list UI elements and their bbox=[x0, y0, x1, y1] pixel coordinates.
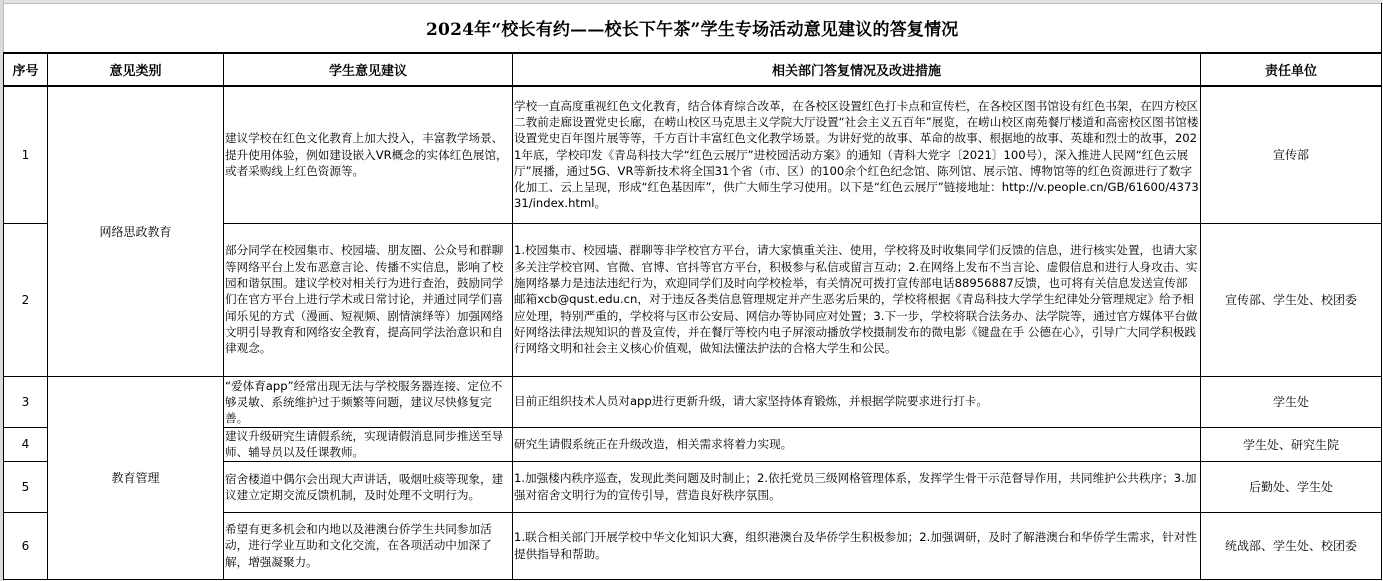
header-row: 序号 意见类别 学生意见建议 相关部门答复情况及改进措施 责任单位 bbox=[4, 53, 1382, 86]
unit-cell[interactable]: 学生处、研究生院 bbox=[1201, 427, 1382, 461]
row-number[interactable]: 4 bbox=[4, 427, 48, 461]
reply-cell[interactable]: 1.校园集市、校园墙、群聊等非学校官方平台，请大家慎重关注、使用，学校将及时收集… bbox=[513, 223, 1201, 376]
category-cell[interactable]: 教育管理 bbox=[48, 376, 224, 579]
unit-cell[interactable]: 宣传部 bbox=[1201, 86, 1382, 223]
reply-table: 2024年“校长有约——校长下午茶”学生专场活动意见建议的答复情况 序号 意见类… bbox=[3, 3, 1382, 580]
row-number[interactable]: 2 bbox=[4, 223, 48, 376]
unit-cell[interactable]: 宣传部、学生处、校团委 bbox=[1201, 223, 1382, 376]
header-reply[interactable]: 相关部门答复情况及改进措施 bbox=[513, 53, 1201, 86]
suggestion-cell[interactable]: “爱体育app”经常出现无法与学校服务器连接、定位不够灵敏、系统维护过于频繁等问… bbox=[224, 376, 513, 427]
category-cell[interactable]: 网络思政教育 bbox=[48, 86, 224, 376]
row-number[interactable]: 6 bbox=[4, 512, 48, 579]
header-suggestion[interactable]: 学生意见建议 bbox=[224, 53, 513, 86]
document-title[interactable]: 2024年“校长有约——校长下午茶”学生专场活动意见建议的答复情况 bbox=[4, 3, 1382, 53]
unit-cell[interactable]: 后勤处、学生处 bbox=[1201, 461, 1382, 512]
reply-cell[interactable]: 目前正组织技术人员对app进行更新升级，请大家坚持体育锻炼，并根据学院要求进行打… bbox=[513, 376, 1201, 427]
suggestion-cell[interactable]: 希望有更多机会和内地以及港澳台侨学生共同参加活动，进行学业互助和文化交流，在各项… bbox=[224, 512, 513, 579]
row-number[interactable]: 3 bbox=[4, 376, 48, 427]
reply-cell[interactable]: 1.联合相关部门开展学校中华文化知识大赛，组织港澳台及华侨学生积极参加；2.加强… bbox=[513, 512, 1201, 579]
header-category[interactable]: 意见类别 bbox=[48, 53, 224, 86]
reply-cell[interactable]: 1.加强楼内秩序巡查，发现此类问题及时制止；2.依托党员三级网格管理体系，发挥学… bbox=[513, 461, 1201, 512]
reply-cell[interactable]: 研究生请假系统正在升级改造，相关需求将着力实现。 bbox=[513, 427, 1201, 461]
header-no[interactable]: 序号 bbox=[4, 53, 48, 86]
suggestion-cell[interactable]: 建议学校在红色文化教育上加大投入，丰富教学场景、提升使用体验，例如建设嵌入VR概… bbox=[224, 86, 513, 223]
reply-cell[interactable]: 学校一直高度重视红色文化教育，结合体育综合改革，在各校区设置红色打卡点和宣传栏，… bbox=[513, 86, 1201, 223]
unit-cell[interactable]: 学生处 bbox=[1201, 376, 1382, 427]
suggestion-cell[interactable]: 建议升级研究生请假系统，实现请假消息同步推送至导师、辅导员以及任课教师。 bbox=[224, 427, 513, 461]
row-number[interactable]: 5 bbox=[4, 461, 48, 512]
unit-cell[interactable]: 统战部、学生处、校团委 bbox=[1201, 512, 1382, 579]
row-number[interactable]: 1 bbox=[4, 86, 48, 223]
suggestion-cell[interactable]: 宿舍楼道中偶尔会出现大声讲话，吸烟吐痰等现象，建议建立定期交流反馈机制，及时处理… bbox=[224, 461, 513, 512]
suggestion-cell[interactable]: 部分同学在校园集市、校园墙、朋友圈、公众号和群聊等网络平台上发布恶意言论、传播不… bbox=[224, 223, 513, 376]
table-row: 3 教育管理 “爱体育app”经常出现无法与学校服务器连接、定位不够灵敏、系统维… bbox=[4, 376, 1382, 427]
header-unit[interactable]: 责任单位 bbox=[1201, 53, 1382, 86]
table-row: 1 网络思政教育 建议学校在红色文化教育上加大投入，丰富教学场景、提升使用体验，… bbox=[4, 86, 1382, 223]
